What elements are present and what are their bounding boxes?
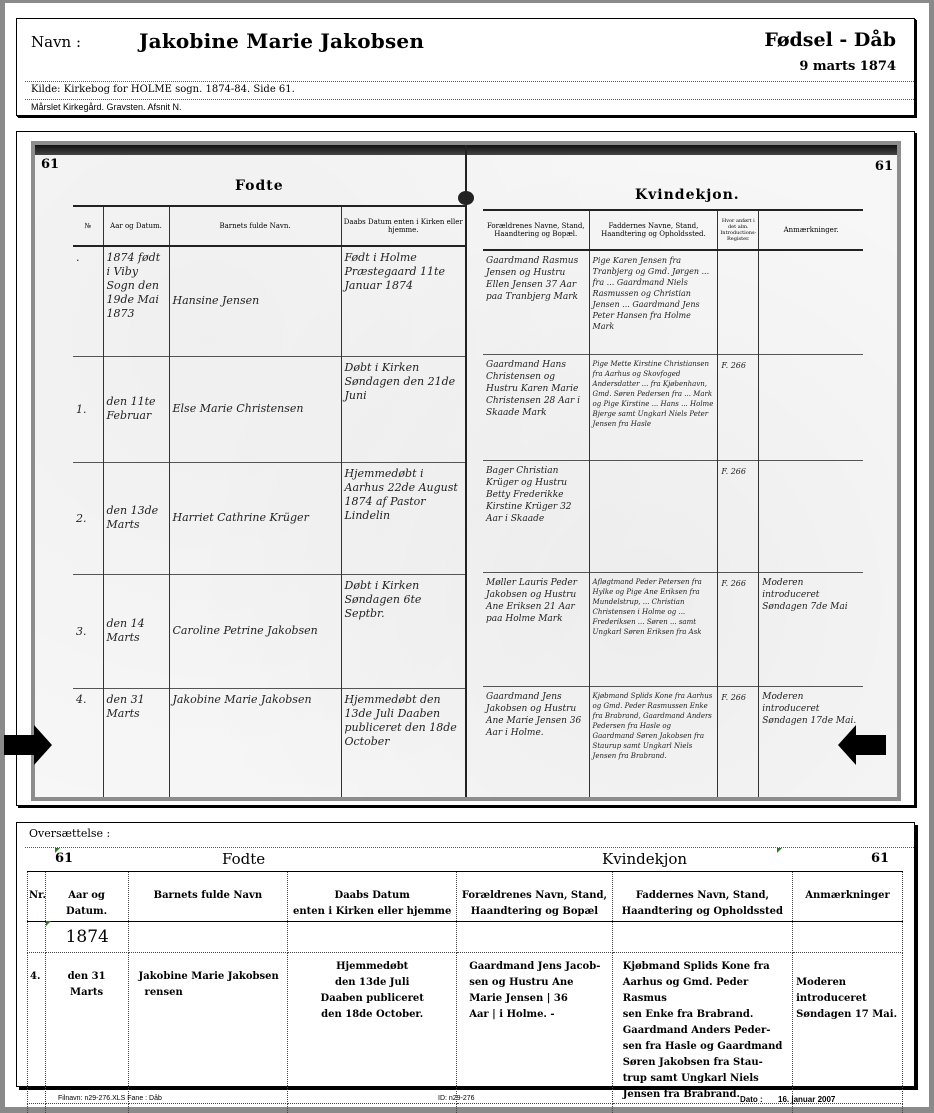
scan-title-right: Kvindekjon. — [635, 187, 740, 203]
source-reference: Kilde: Kirkebog for HOLME sogn. 1874-84.… — [31, 84, 295, 95]
scan-header: Faddernes Navne, Stand, Haandtering og O… — [589, 210, 718, 250]
burial-location: Mårslet Kirkegård. Gravsten. Afsnit N. — [31, 102, 182, 112]
scan-table-left: № Aar og Datum. Barnets fulde Navn. Daab… — [73, 205, 465, 801]
scan-row: 1. den 11te Februar Else Marie Christens… — [73, 356, 465, 462]
year-row: 1874 — [28, 922, 903, 953]
scan-page-number-left: 61 — [41, 157, 59, 172]
header-remarks: Anmærkninger — [793, 872, 903, 922]
church-book-scan-box: 61 61 Fodte Kvindekjon. № Aar og Datum. … — [16, 131, 915, 806]
cell-sponsors: Kjøbmand Splids Kone fra Aarhus og Gmd. … — [612, 953, 792, 1104]
comment-marker-icon[interactable] — [777, 848, 782, 853]
binding-thread — [458, 191, 474, 205]
translation-table: Nr. Aar og Datum. Barnets fulde Navn Daa… — [27, 871, 903, 1113]
church-book-scan-image: 61 61 Fodte Kvindekjon. № Aar og Datum. … — [31, 141, 901, 801]
name-label: Navn : — [31, 33, 81, 51]
footer-filename: Filnavn: n29-276.XLS Fane : Dåb — [58, 1095, 162, 1102]
translation-label: Oversættelse : — [29, 827, 110, 840]
scan-table-right: Forældrenes Navne, Stand, Haandtering og… — [483, 209, 863, 801]
header-nr: Nr. — [28, 872, 46, 922]
header-child-name: Barnets fulde Navn — [128, 872, 288, 922]
scan-title-left: Fodte — [235, 178, 284, 194]
scan-header: Barnets fulde Navn. — [169, 206, 341, 246]
event-date: 9 marts 1874 — [799, 59, 896, 74]
translation-title-left: Fodte — [222, 850, 265, 868]
scan-row: Gaardmand Rasmus Jensen og Hustru Ellen … — [483, 250, 863, 354]
scan-header: № — [73, 206, 103, 246]
footer-id: ID: n29-276 — [438, 1095, 475, 1102]
scan-header: Forældrenes Navne, Stand, Haandtering og… — [483, 210, 589, 250]
header-parents: Forældrenes Navn, Stand,Haandtering og B… — [457, 872, 613, 922]
arrow-right-icon — [4, 725, 54, 765]
comment-marker-icon[interactable] — [46, 921, 51, 926]
scan-row: Møller Lauris Peder Jakobsen og Hustru A… — [483, 572, 863, 686]
header-sponsors: Faddernes Navn, Stand,Haandtering og Oph… — [612, 872, 792, 922]
translation-page-left: 61 — [55, 851, 73, 866]
cell-remarks: Moderen introduceret Søndagen 17 Mai. — [793, 953, 903, 1104]
scan-page-number-right: 61 — [875, 159, 893, 174]
scan-header: Hvor anført i det alm. Introductions-Reg… — [718, 210, 759, 250]
divider — [25, 99, 914, 100]
empty-row — [28, 1104, 903, 1113]
person-name: Jakobine Marie Jakobsen — [139, 29, 424, 53]
scan-row: . 1874 født i Viby Sogn den 19de Mai 187… — [73, 246, 465, 356]
arrow-left-icon — [836, 725, 886, 765]
scan-row: Gaardmand Hans Christensen og Hustru Kar… — [483, 354, 863, 460]
translation-header-row: Nr. Aar og Datum. Barnets fulde Navn Daa… — [28, 872, 903, 922]
table-row: 4. den 31 Marts Jakobine Marie Jakobsen … — [28, 953, 903, 1104]
divider — [25, 81, 914, 82]
header-date: Aar og Datum. — [45, 872, 128, 922]
cell-baptism: Hjemmedøbt den 13de Juli Daaben publicer… — [288, 953, 457, 1104]
event-title: Fødsel - Dåb — [764, 29, 896, 51]
scan-row: 3. den 14 Marts Caroline Petrine Jakobse… — [73, 574, 465, 688]
header-baptism-date: Daabs Datumenten i Kirken eller hjemme — [288, 872, 457, 922]
footer-date-label: Dato : — [740, 1095, 763, 1104]
scan-header: Aar og Datum. — [103, 206, 169, 246]
scan-header: Daabs Datum enten i Kirken eller hjemme. — [341, 206, 465, 246]
footer-date-value: 16. januar 2007 — [778, 1095, 835, 1104]
translation-title-right: Kvindekjon — [602, 850, 687, 868]
scan-header: Anmærkninger. — [759, 210, 863, 250]
scan-row: 2. den 13de Marts Harriet Cathrine Krüge… — [73, 462, 465, 574]
scan-row: Gaardmand Jens Jakobsen og Hustru Ane Ma… — [483, 686, 863, 801]
header-box: Navn : Jakobine Marie Jakobsen Fødsel - … — [16, 18, 915, 116]
translation-box: Oversættelse : 61 Fodte Kvindekjon 61 Nr… — [16, 822, 915, 1087]
cell-parents: Gaardmand Jens Jacob- sen og Hustru Ane … — [457, 953, 613, 1104]
scan-row: 4. den 31 Marts Jakobine Marie Jakobsen … — [73, 688, 465, 801]
translation-page-right: 61 — [871, 851, 889, 866]
year-cell: 1874 — [45, 922, 128, 953]
cell-child-name: Jakobine Marie Jakobsen rensen — [128, 953, 288, 1104]
cell-nr: 4. — [28, 953, 46, 1104]
cell-date: den 31 Marts — [45, 953, 128, 1104]
book-spine — [465, 145, 467, 797]
scan-row: Bager Christian Krüger og Hustru Betty F… — [483, 460, 863, 572]
